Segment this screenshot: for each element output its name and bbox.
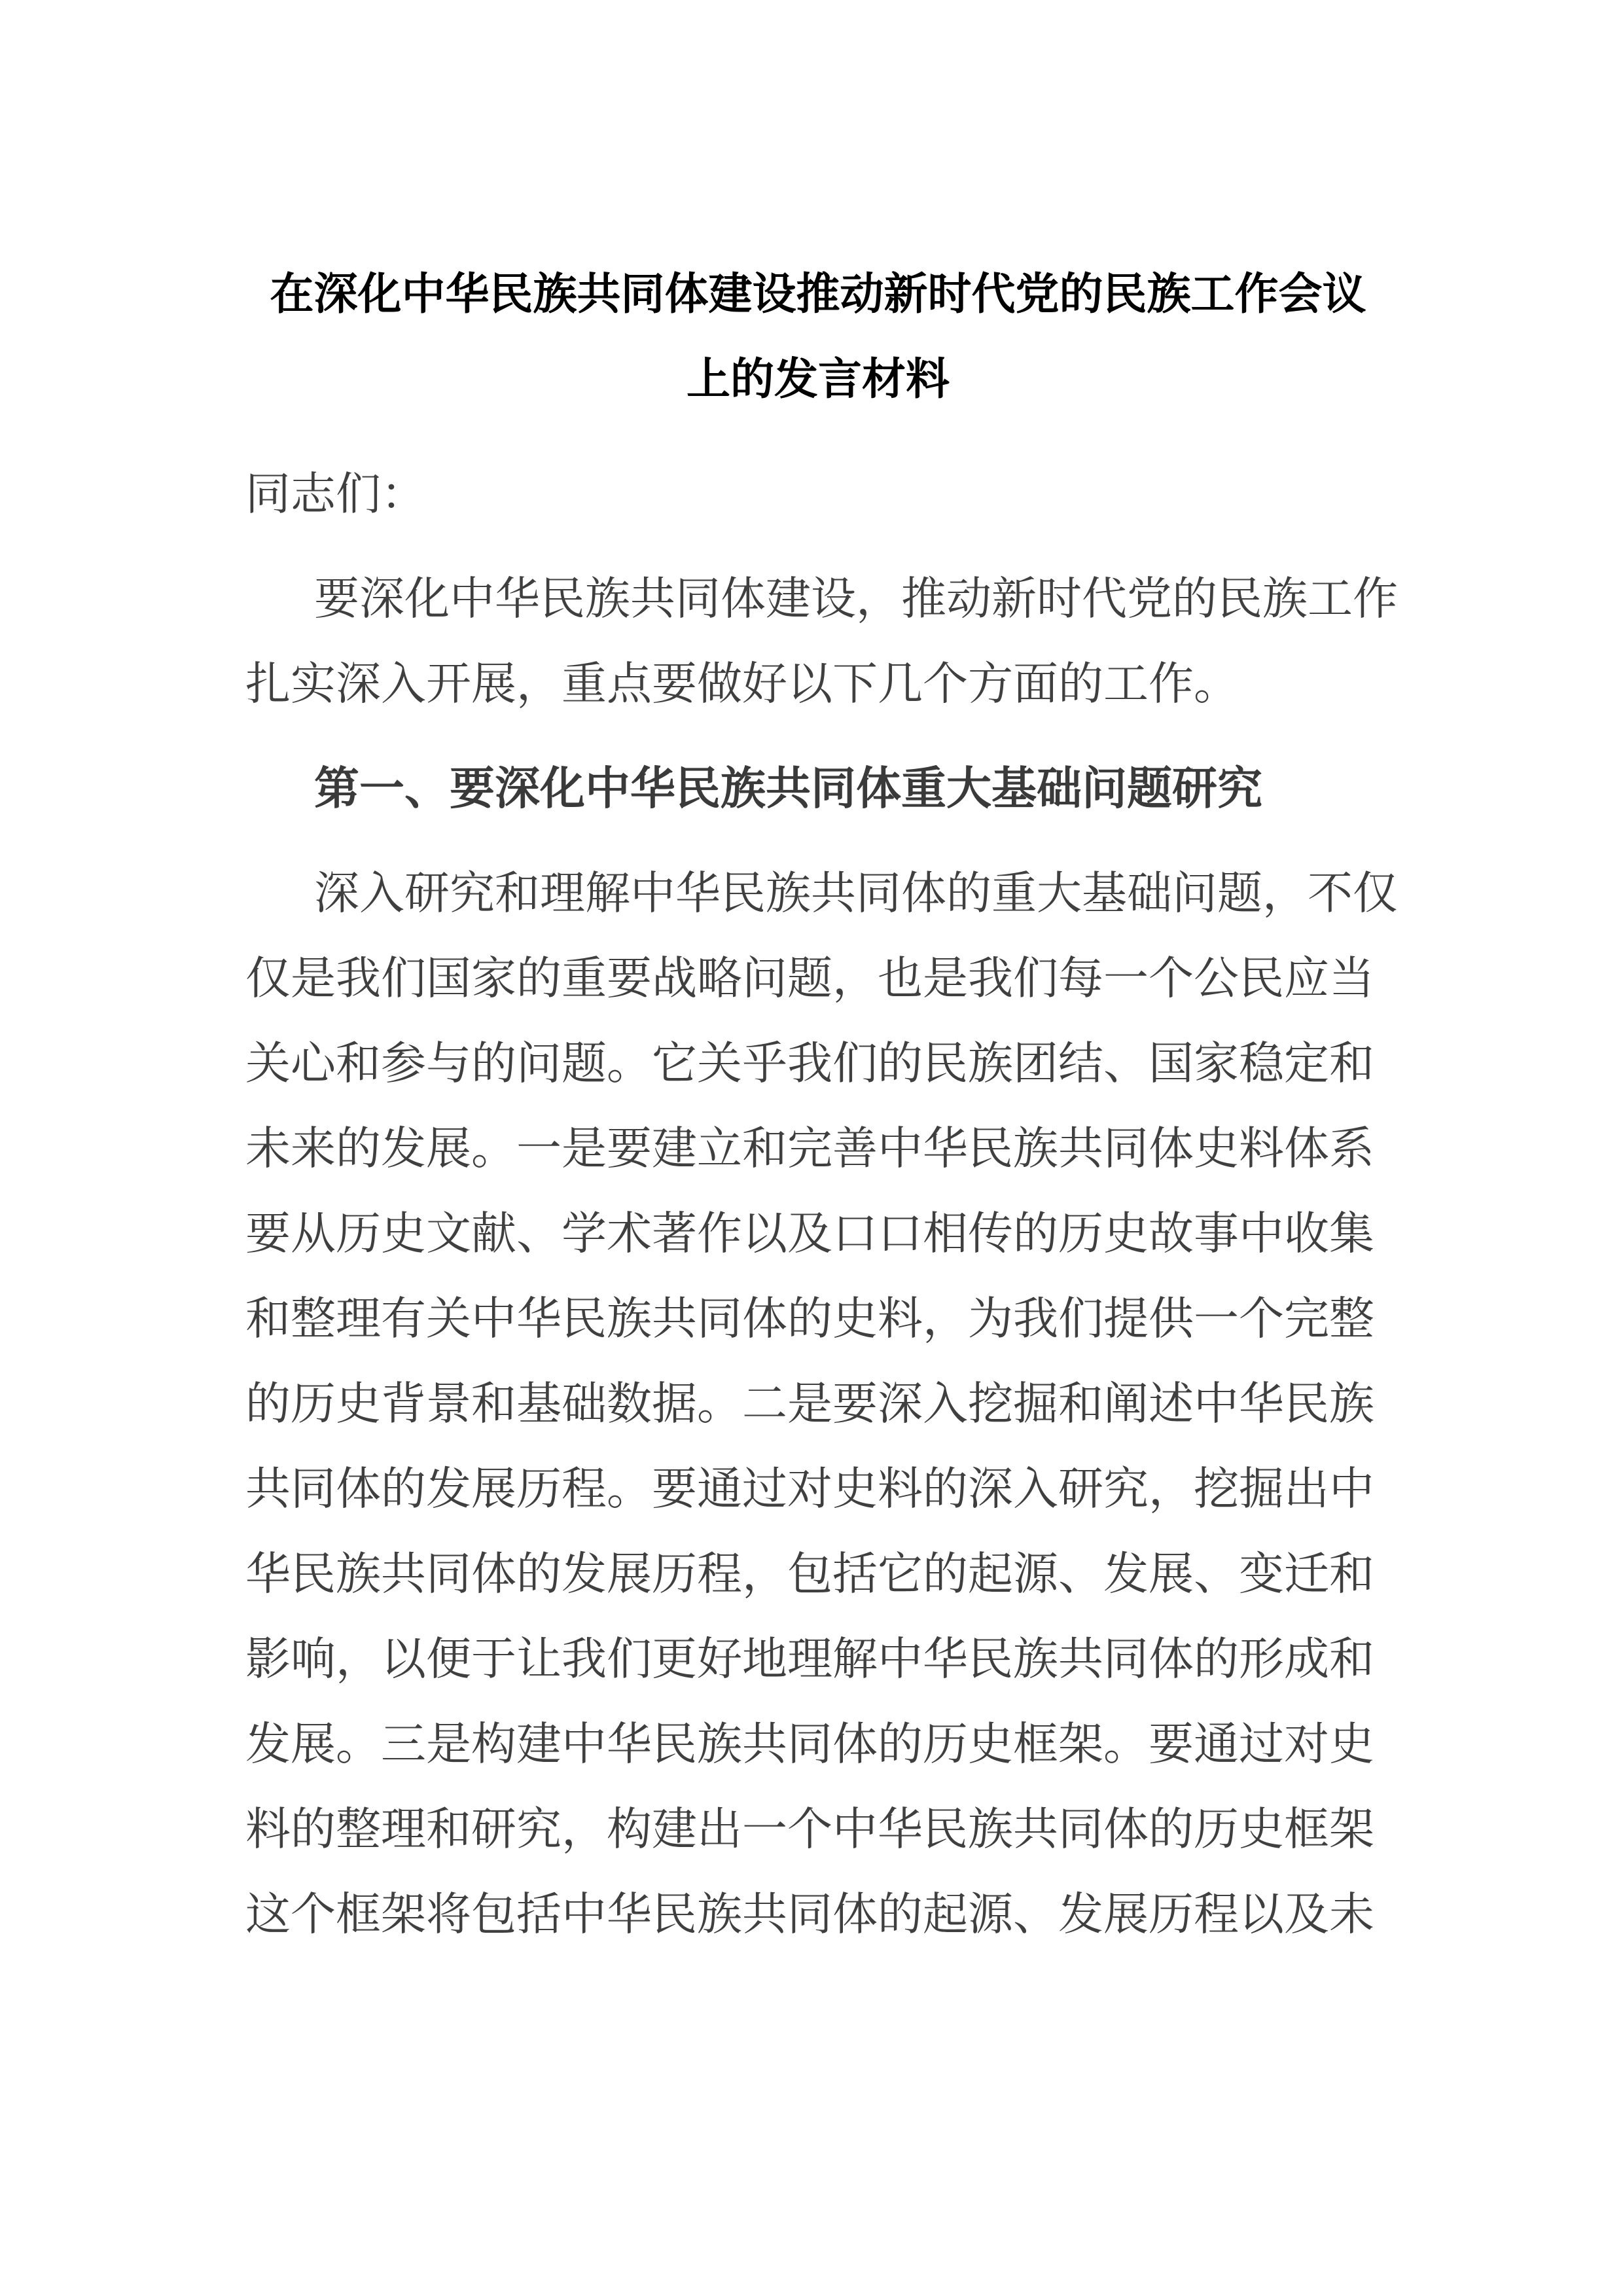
section-heading-line: 第一、要深化中华民族共同体重大基础问题研究 [245, 746, 1391, 831]
text-line: 这个框架将包括中华民族共同体的起源、发展历程以及未 [245, 1872, 1391, 1957]
text-line: 未来的发展。一是要建立和完善中华民族共同体史料体系 [245, 1106, 1391, 1191]
text-line: 料的整理和研究，构建出一个中华民族共同体的历史框架 [245, 1787, 1391, 1872]
text-line: 的历史背景和基础数据。二是要深入挖掘和阐述中华民族 [245, 1361, 1391, 1446]
text-line: 深入研究和理解中华民族共同体的重大基础问题，不仅 [245, 851, 1391, 936]
document-title-line-2: 上的发言材料 [245, 337, 1391, 422]
text-line: 关心和参与的问题。它关乎我们的民族团结、国家稳定和 [245, 1021, 1391, 1106]
text-line: 和整理有关中华民族共同体的史料，为我们提供一个完整 [245, 1276, 1391, 1361]
text-line: 华民族共同体的发展历程，包括它的起源、发展、变迁和 [245, 1532, 1391, 1617]
text-line: 要从历史文献、学术著作以及口口相传的历史故事中收集 [245, 1191, 1391, 1276]
text-line: 影响，以便于让我们更好地理解中华民族共同体的形成和 [245, 1617, 1391, 1702]
document-page: 在深化中华民族共同体建设推动新时代党的民族工作会议 上的发言材料 同志们： 要深… [0, 0, 1623, 2296]
text-line: 仅是我们国家的重要战略问题，也是我们每一个公民应当 [245, 936, 1391, 1021]
text-line: 共同体的发展历程。要通过对史料的深入研究，挖掘出中 [245, 1446, 1391, 1532]
document-content: 在深化中华民族共同体建设推动新时代党的民族工作会议 上的发言材料 同志们： 要深… [0, 0, 1623, 1957]
document-title: 在深化中华民族共同体建设推动新时代党的民族工作会议 上的发言材料 [245, 252, 1391, 422]
salutation-line: 同志们： [245, 452, 1391, 537]
section-heading-1: 第一、要深化中华民族共同体重大基础问题研究 [245, 746, 1391, 831]
document-title-line-1: 在深化中华民族共同体建设推动新时代党的民族工作会议 [245, 252, 1391, 337]
text-line: 扎实深入开展，重点要做好以下几个方面的工作。 [245, 641, 1391, 726]
paragraph-section-1: 深入研究和理解中华民族共同体的重大基础问题，不仅 仅是我们国家的重要战略问题，也… [245, 851, 1391, 1957]
paragraph-intro: 要深化中华民族共同体建设，推动新时代党的民族工作 扎实深入开展，重点要做好以下几… [245, 556, 1391, 726]
text-line: 发展。三是构建中华民族共同体的历史框架。要通过对史 [245, 1702, 1391, 1787]
text-line: 要深化中华民族共同体建设，推动新时代党的民族工作 [245, 556, 1391, 641]
salutation-block: 同志们： [245, 452, 1391, 537]
